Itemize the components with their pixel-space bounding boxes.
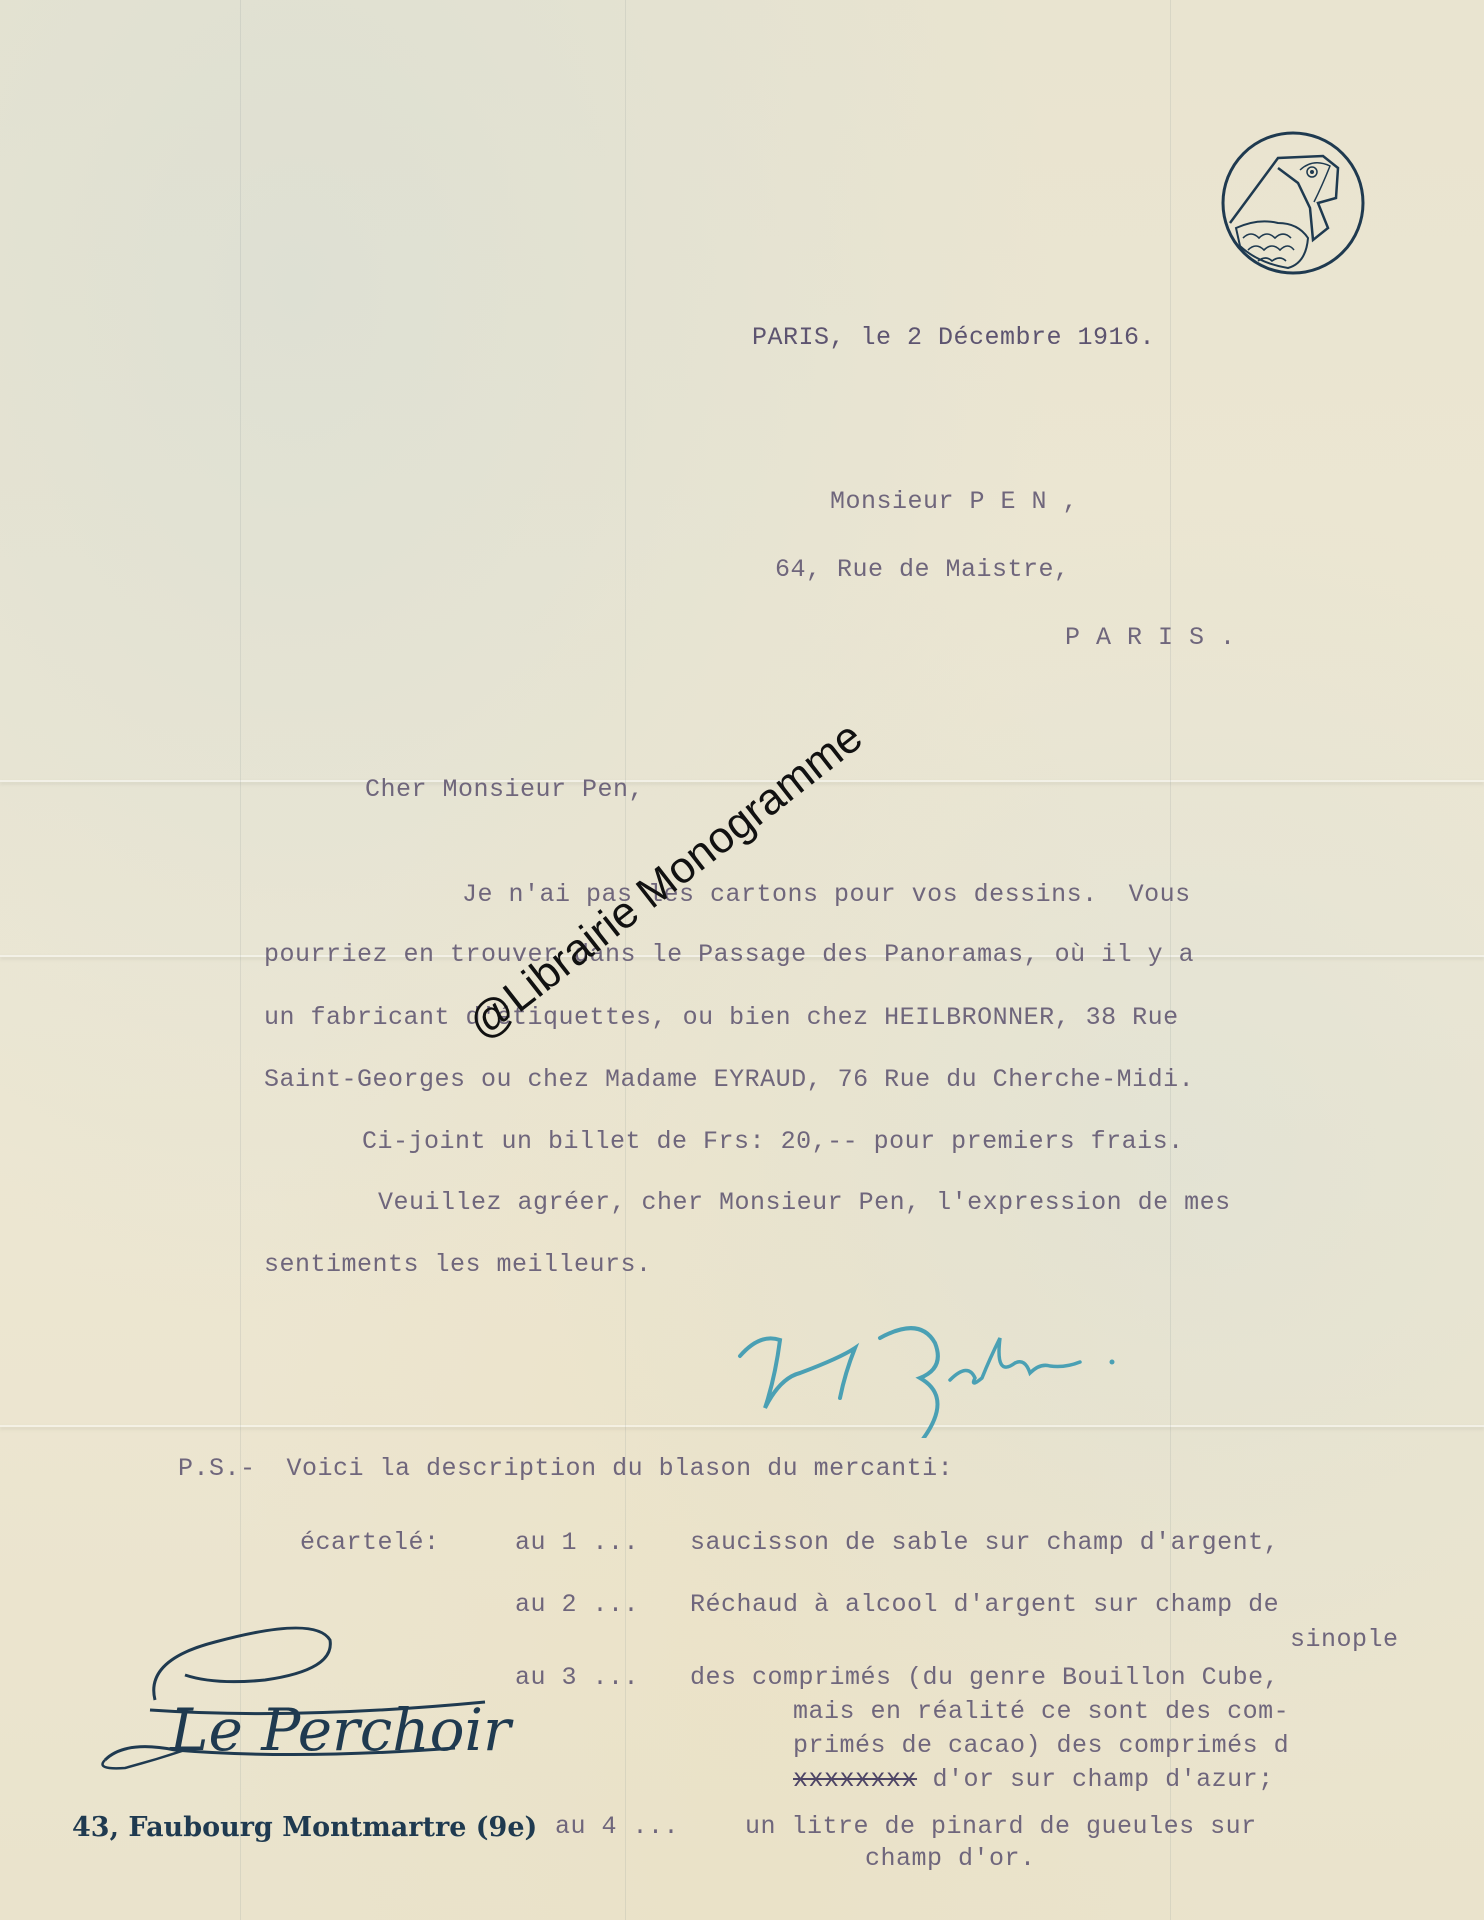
ps-intro: P.S.- Voici la description du blason du … [178,1454,953,1483]
ps-item-line: mais en réalité ce sont des com- [793,1697,1289,1726]
body-line: un fabricant d'étiquettes, ou bien chez … [264,1003,1179,1032]
ps-item-number: au 4 ... [555,1812,679,1841]
ps-item-line: un litre de pinard de gueules sur [745,1812,1257,1841]
ps-item-number: au 1 ... [515,1528,639,1557]
body-line: Saint-Georges ou chez Madame EYRAUD, 76 … [264,1065,1194,1094]
ps-item-line-final: xxxxxxxx d'or sur champ d'azur; [793,1765,1274,1794]
ps-label: écartelé: [300,1528,440,1557]
body-line: Je n'ai pas les cartons pour vos dessins… [462,880,1191,909]
ps-item-line-tail: d'or sur champ d'azur; [917,1765,1274,1794]
ps-item-line: des comprimés (du genre Bouillon Cube, [690,1663,1279,1692]
ps-item-number: au 3 ... [515,1663,639,1692]
salutation: Cher Monsieur Pen, [365,775,644,804]
ps-item-line: Réchaud à alcool d'argent sur champ de [690,1590,1279,1619]
recipient-city: P A R I S . [1065,623,1236,652]
recipient-name: Monsieur P E N , [830,487,1078,516]
letterhead-name: Le Perchoir [169,1696,514,1764]
ps-item-line: sinople [1290,1625,1399,1654]
letterhead-address: 43, Faubourg Montmartre (9e) [72,1812,537,1843]
parrot-logo-icon [1218,128,1368,278]
struck-out-text: xxxxxxxx [793,1765,917,1794]
handwritten-signature [720,1318,1120,1438]
body-line: Ci-joint un billet de Frs: 20,-- pour pr… [362,1127,1184,1156]
paper-fold-horizontal [0,780,1484,782]
ps-item-line: primés de cacao) des comprimés d [793,1731,1289,1760]
recipient-street: 64, Rue de Maistre, [775,555,1070,584]
le-perchoir-letterhead-logo: Le Perchoir [95,1620,515,1790]
body-line: sentiments les meilleurs. [264,1250,652,1279]
date-line: PARIS, le 2 Décembre 1916. [752,323,1155,352]
ps-item-line: saucisson de sable sur champ d'argent, [690,1528,1279,1557]
ps-item-number: au 2 ... [515,1590,639,1619]
body-line: pourriez en trouver dans le Passage des … [264,940,1194,969]
ps-item-line: champ d'or. [865,1844,1036,1873]
body-line: Veuillez agréer, cher Monsieur Pen, l'ex… [378,1188,1231,1217]
